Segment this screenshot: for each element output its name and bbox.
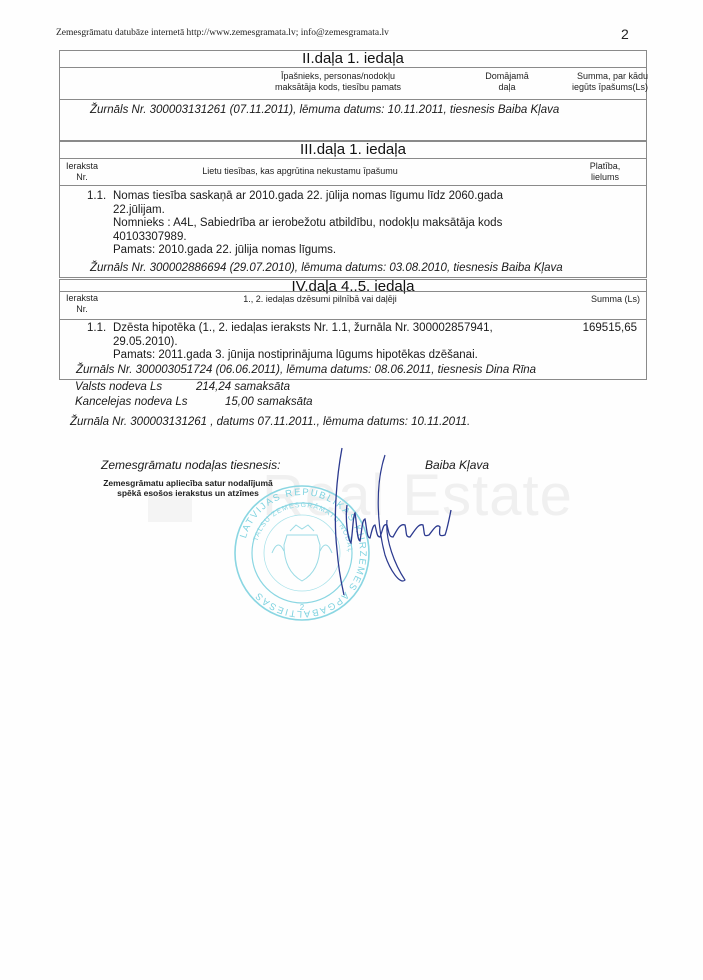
entry-number-column-header: Ieraksta Nr. [62,293,102,315]
sum-column-header: Summa, par kādu iegūts īpašums(Ls) [560,71,648,93]
sum-column-header: Summa (Ls) [560,294,640,305]
entry-number: 1.1. [87,190,106,204]
owner-column-header: Īpašnieks, personas/nodokļu maksātāja ko… [238,71,438,93]
source-line: Zemesgrāmatu datubāze internetā http://w… [56,28,389,38]
state-fee-value: 214,24 samaksāta [196,381,290,393]
deletions-column-header: 1., 2. iedaļas dzēsumi pilnībā vai daļēj… [190,294,450,305]
section-2-box: II.daļa 1. iedaļa Īpašnieks, personas/no… [59,50,647,141]
section-4-journal: Žurnāls Nr. 300003051724 (06.06.2011), l… [76,364,536,376]
section-3-journal: Žurnāls Nr. 300002886694 (29.07.2010), l… [90,262,563,274]
state-fee-label: Valsts nodeva Ls [75,381,162,393]
office-fee-value: 15,00 samaksāta [225,396,313,408]
section-2-title: II.daļa 1. iedaļa [60,51,646,68]
page-number: 2 [621,26,629,42]
section-3-header: Ieraksta Nr. Lietu tiesības, kas apgrūti… [60,158,646,186]
section-3-entry: 1.1. Nomas tiesība saskaņā ar 2010.gada … [87,190,607,258]
journal-summary: Žurnāla Nr. 300003131261 , datums 07.11.… [70,416,470,428]
judge-signature [315,445,465,595]
rights-column-header: Lietu tiesības, kas apgrūtina nekustamu … [170,166,430,177]
share-column-header: Domājamā daļa [472,71,542,93]
entry-number-column-header: Ieraksta Nr. [62,161,102,183]
entry-number: 1.1. [87,322,106,336]
section-3-title: III.daļa 1. iedaļa [60,142,646,159]
area-column-header: Platība, lielums [570,161,640,183]
section-2-header: Īpašnieks, personas/nodokļu maksātāja ko… [60,67,646,100]
section-3-box: III.daļa 1. iedaļa Ieraksta Nr. Lietu ti… [59,141,647,278]
deletion-amount: 169515,65 [583,322,637,336]
signature-label: Zemesgrāmatu nodaļas tiesnesis: [101,458,280,472]
section-4-header: Ieraksta Nr. 1., 2. iedaļas dzēsumi piln… [60,291,646,320]
svg-text:2: 2 [300,603,305,612]
section-4-entry: 1.1. Dzēsta hipotēka (1., 2. iedaļas ier… [87,322,637,363]
office-fee-label: Kancelejas nodeva Ls [75,396,188,408]
section-2-journal: Žurnāls Nr. 300003131261 (07.11.2011), l… [90,104,559,116]
section-4-box: IV.daļa 4..5. iedaļa Ieraksta Nr. 1., 2.… [59,279,647,380]
